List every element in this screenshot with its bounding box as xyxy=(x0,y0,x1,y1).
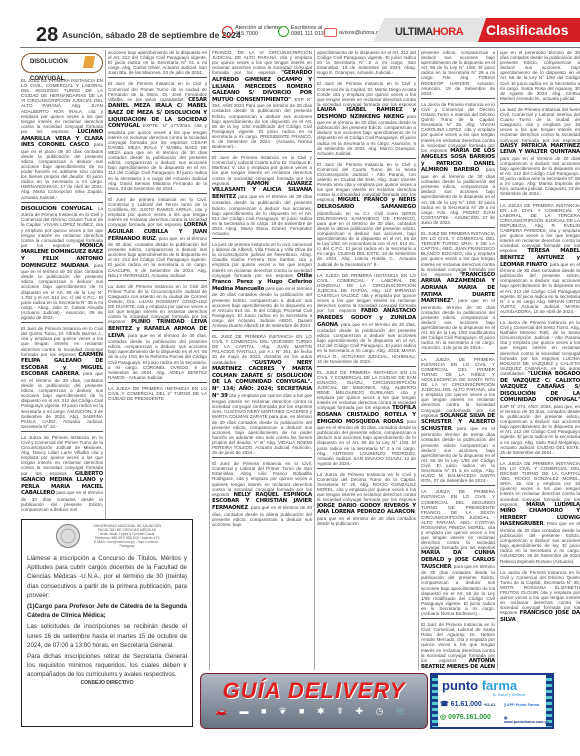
notice-column-2: acciones bajo apercibimiento de lo dispu… xyxy=(108,50,207,516)
legal-notice: El Juez de Primera Instancia en lo Civil… xyxy=(212,461,312,527)
ad-signature: CONSEJO DIRECTIVO xyxy=(27,680,187,687)
notice-text: La Jueza de Primera Instancia en lo Civi… xyxy=(21,435,103,476)
legal-notice: El Juez de Primera Instancia en lo Civil… xyxy=(421,622,495,668)
legal-notice: El Juez de Primera Instancia en lo Civil… xyxy=(317,162,416,267)
notice-separator xyxy=(317,366,416,368)
notice-text: acciones bajo apercibimiento de lo dispu… xyxy=(108,50,207,75)
legal-notice: LA JUEZA DE PRIMERA INSTANCIA EN LO CIVI… xyxy=(500,203,580,314)
notice-text: , para que en término de 30 días contado… xyxy=(421,564,495,616)
notice-separator xyxy=(317,77,416,79)
university-seal-icon xyxy=(56,524,80,548)
notice-text: para que en el término de 30 días, conta… xyxy=(317,419,416,466)
notice-text: apercibimiento de lo dispuesto en el Art… xyxy=(317,50,416,75)
punto-farma-logo: punto farma xyxy=(442,678,517,693)
notice-text: , para que en el término de 30 días cont… xyxy=(421,167,495,224)
notice-text: La Juez de Primera Instancia del fuero C… xyxy=(500,107,580,143)
notice-text: EXP N° 274, AÑO: 2024, para que, en el t… xyxy=(500,404,580,455)
notice-text: La Jueza de Primera Instancia en lo Civi… xyxy=(317,472,416,502)
legal-notice: La Juez de Primera Instancia en lo Civil… xyxy=(108,284,207,380)
notice-separator xyxy=(500,316,580,318)
category-tag: DISOLUCIÓN CONYUGAL xyxy=(21,53,103,73)
notice-separator xyxy=(421,227,495,229)
header-rule xyxy=(20,47,580,48)
legal-notice: EL JUEZ DE PRIMERA INSTANCIA EN LO CIVIL… xyxy=(317,370,416,466)
legal-notice: La Jueza de Primera Instancia en lo Civi… xyxy=(500,320,580,455)
legal-notice: La Jueza de Primera Instancia en lo Civi… xyxy=(21,435,103,512)
notice-text: La Juez de Primera Instancia en lo Civil… xyxy=(108,284,207,325)
ad-intro: Llámese a inscripción a Concurso de Títu… xyxy=(27,554,187,600)
notice-text: . EXP. N° 294, AÑO 2024 Para que en térm… xyxy=(212,97,312,149)
notice-column-3: FRANCO, DE LA VI CIRCUNSCRIPCIÓN JUDICIA… xyxy=(212,50,312,668)
notice-separator xyxy=(500,199,580,201)
punto-farma-phone: ☎ 61.61.000 *61.61 xyxy=(440,700,495,708)
notice-text: , para que, en el término de 30 días, co… xyxy=(108,236,207,278)
notice-text: , para que en el término de 30 días, con… xyxy=(21,371,103,428)
notice-text: , para que en el término de 30 días cont… xyxy=(500,262,580,314)
legal-notice: La Juez de Primera Instancia del fuero C… xyxy=(500,107,580,197)
legal-notice: EL JUEZ DE PRIMERA INSTANCIA EN LO CIVIL… xyxy=(212,334,312,455)
punto-farma-ad[interactable]: punto farma Tu Salud y Belleza ☎ 61.61.0… xyxy=(430,673,554,729)
notice-text: El Juez de Primera Instancia en lo Civil… xyxy=(317,162,416,203)
legal-notice: El Juez de Primera Instancia en lo Civil… xyxy=(108,81,207,190)
legal-notice: El Juez de Primera Instancia en lo Civil… xyxy=(21,326,103,429)
legal-notice: EL JUEZ DE PRIMERA INSTANCIA EN LO CIVIL… xyxy=(421,231,495,351)
notice-text: EL JUEZ DE PRIMERA INSTANCIA EN LO CIVIL… xyxy=(317,370,416,411)
mail-icon xyxy=(324,28,337,37)
legal-notice: El Juez de Primera Instancia en lo Civil… xyxy=(317,81,416,155)
legal-notice: FRANCO, DE LA VI CIRCUNSCRIPCIÓN JUDICIA… xyxy=(212,50,312,149)
notice-text: LA JUEZA DE PRIMERA INSTANCIA EN LO CIVI… xyxy=(108,386,207,401)
punto-farma-app: ▯ APP Punto Farma xyxy=(504,702,539,707)
notice-text: LA JUEZA DE PRIMERA INSTANCIA EN LO CIVI… xyxy=(500,461,580,507)
ad-position: (1)Cargo para Profesor Jefe de Cátedra d… xyxy=(27,602,187,620)
legal-notice: DISOLUCION CONYUGAL. La Jueza de Primera… xyxy=(21,206,103,320)
whatsapp-icon xyxy=(278,26,289,37)
notice-text: para que en el término de 30 días compar… xyxy=(500,156,580,197)
notice-separator xyxy=(421,353,495,355)
notice-separator xyxy=(108,280,207,282)
notice-separator xyxy=(500,566,580,568)
notice-text: presente edicto, comparezcan a deducir s… xyxy=(421,50,495,96)
notice-text: . Para que en el término de 30 días cont… xyxy=(500,521,580,563)
party-names: DAISY PATRICIA MARTINEZ LEIVA Y WALTER Q… xyxy=(500,143,580,156)
legal-notice: LA JUEZA DE PRIMERA INSTANCIA EN LO CIVI… xyxy=(108,386,207,401)
ad-dates: Las solicitudes de inscripciones se reci… xyxy=(27,622,187,650)
notice-text: para que en el término de 30 días contad… xyxy=(317,114,416,156)
notice-text: EL JUEZ DE PRIMERA INSTANCIA EN LO CIVIL… xyxy=(421,231,495,277)
notice-text: LA JUEZA DE PRIMERA INSTANCIA EN LO CIVI… xyxy=(421,489,495,550)
legal-notice: LA JUEZA DE PRIMERA INSTANCIA EN LO CIVI… xyxy=(500,461,580,564)
notice-separator xyxy=(421,485,495,487)
university-ad: UNIVERSIDAD NACIONAL DE ASUNCIÓN FACULTA… xyxy=(21,519,193,727)
notice-text: LA JUEZA DE PRIMERA INSTANCIA EN LO CIVI… xyxy=(317,273,416,314)
notice-separator xyxy=(500,103,580,105)
column-divider xyxy=(314,50,315,670)
legal-notice: El Juez de primera instancia en lo Civil… xyxy=(108,197,207,278)
brand-logo: ULTIMAHORA xyxy=(395,26,463,38)
notice-text: cita y emplaza por quince días a los que… xyxy=(212,393,312,456)
column-divider xyxy=(209,50,210,670)
notice-text: , para que en el perentorio término de 3… xyxy=(421,298,495,350)
notice-text: La Jueza de Primera Instancia en lo Civi… xyxy=(500,570,580,616)
guia-delivery-ad[interactable]: GUÍA DELIVERY 🚗 ▬ ■ ❦ ■ ✱ ☤ ✚ ◷ 🛒 xyxy=(200,673,428,729)
notice-separator xyxy=(317,468,416,470)
legal-notice: LA JUEZA DE PRIMERA INSTANCIA EN LO CIVI… xyxy=(317,273,416,364)
notice-column-4: apercibimiento de lo dispuesto en el Art… xyxy=(317,50,416,668)
ad-requirements: Para dichas inscripciones retirar de Sec… xyxy=(27,652,187,680)
notice-separator xyxy=(317,158,416,160)
notice-separator xyxy=(108,77,207,79)
notice-text: EXPTE. N° 177/2024, cita y emplaza por q… xyxy=(108,123,207,191)
column-divider xyxy=(418,50,419,670)
legal-notice: apercibimiento de lo dispuesto en el Art… xyxy=(317,50,416,75)
notice-separator xyxy=(108,193,207,195)
page-header: 28 Asunción, sábado 28 de septiembre de … xyxy=(0,0,580,50)
notice-text: para que en el término de 30 días contad… xyxy=(212,194,312,236)
legal-notice: La Jueza de Primera Instancia en lo Civi… xyxy=(317,472,416,526)
notice-separator xyxy=(317,269,416,271)
notice-text: , para que en el término de 30 días, con… xyxy=(317,322,416,364)
column-divider xyxy=(497,50,498,670)
notice-separator xyxy=(500,457,580,459)
notice-separator xyxy=(21,322,103,324)
column-divider xyxy=(105,50,106,520)
notice-separator xyxy=(108,382,207,384)
notice-separator xyxy=(212,457,312,459)
notice-separator xyxy=(212,330,312,332)
guia-delivery-title: GUÍA DELIVERY xyxy=(201,678,427,704)
notice-text: . La Jueza de Primera Instancia en lo Ci… xyxy=(21,206,103,248)
notice-text: La Jueza de Primera Instancia en lo Civi… xyxy=(421,102,495,153)
page-number: 28 xyxy=(36,24,58,47)
legal-notice: EL JUEZ DE PRIMERA INSTANCIA EN LO CIVIL… xyxy=(21,78,103,200)
notice-text: El Juez de Primera Instancia en lo Civil… xyxy=(421,622,495,663)
notice-text: , para que en el plazo de 30 días contad… xyxy=(21,142,103,199)
punto-farma-website[interactable]: ◍ www.puntofarma.com.py xyxy=(504,715,552,724)
university-header: UNIVERSIDAD NACIONAL DE ASUNCIÓN FACULTA… xyxy=(87,524,167,548)
dateline: Asunción, sábado 28 de septiembre de 202… xyxy=(62,30,241,40)
notice-text: LA JUEZA DE PRIMERA INSTANCIA EN LO CIVI… xyxy=(500,203,580,254)
punto-farma-tagline: Tu Salud y Belleza xyxy=(492,692,525,697)
legal-notice: LA JUEZA DE PRIMERA INSTANCIA EN LO CIVI… xyxy=(421,489,495,616)
legal-notice: La Jueza de Primera Instancia en lo Civi… xyxy=(500,570,580,624)
notice-text: , para que en el término de 30 días, con… xyxy=(108,333,207,380)
contact-whatsapp: Escribinos al0981 111 013 xyxy=(278,25,324,37)
notice-text: que en el perentorio término de 30 días … xyxy=(500,50,580,101)
notice-separator xyxy=(421,98,495,100)
legal-notice: que en el perentorio término de 30 días … xyxy=(500,50,580,101)
notice-text: , para que en el término de 30 días cont… xyxy=(21,263,103,320)
notice-heading: DISOLUCION CONYUGAL xyxy=(21,206,93,212)
notice-separator xyxy=(21,202,103,204)
notice-column-5: presente edicto, comparezcan a deducir s… xyxy=(421,50,495,668)
section-title: Clasificados xyxy=(478,18,580,42)
delivery-category-icons: 🚗 ▬ ■ ❦ ■ ✱ ☤ ✚ ◷ 🛒 xyxy=(201,706,427,717)
contact-phone: Atención al cliente:415 7000 xyxy=(222,25,281,37)
notice-text: El Juez de Primera Instancia en lo Civil… xyxy=(317,81,416,106)
legal-notice: El Juez de Primera Instancia en lo Civil… xyxy=(212,155,312,236)
legal-notice: acciones bajo apercibimiento de lo dispu… xyxy=(108,50,207,75)
notice-column-1: DISOLUCIÓN CONYUGAL EL JUEZ DE PRIMERA I… xyxy=(21,50,103,516)
punto-farma-whatsapp: ◎ 0976.161.000 xyxy=(440,713,491,721)
legal-notice: La juez de primera instancia en lo civil… xyxy=(212,242,312,328)
notice-separator xyxy=(212,238,312,240)
notice-separator xyxy=(421,618,495,620)
decorative-border xyxy=(432,675,438,727)
phone-icon xyxy=(222,26,233,37)
notice-text: , para que en el perentorio término de t… xyxy=(421,426,495,483)
notice-separator xyxy=(212,151,312,153)
legal-notice: La Jueza de Primera Instancia en lo Civi… xyxy=(421,102,495,225)
party-names: LAURA ISABEL RAMIREZ y DESMOND NZINKENG … xyxy=(317,107,416,120)
notice-text: La Jueza de Primera Instancia en lo Civi… xyxy=(500,320,580,376)
notice-text: LA JUEZA DE PRIMERA INSTANCIA EN LO CIVI… xyxy=(421,357,495,418)
notice-text: (identificado en su C.I. Civil como NERI… xyxy=(317,211,416,267)
notice-text: para que en el término de 30 días contad… xyxy=(212,286,312,328)
notice-column-6: que en el perentorio término de 30 días … xyxy=(500,50,580,668)
legal-notice: presente edicto, comparezcan a deducir s… xyxy=(421,50,495,96)
notice-separator xyxy=(21,431,103,433)
party-names: JORGE DARIO GODOY RIVEROS Y ANA LORENA P… xyxy=(317,503,416,516)
legal-notice: LA JUEZA DE PRIMERA INSTANCIA EN LO CIVI… xyxy=(421,357,495,484)
